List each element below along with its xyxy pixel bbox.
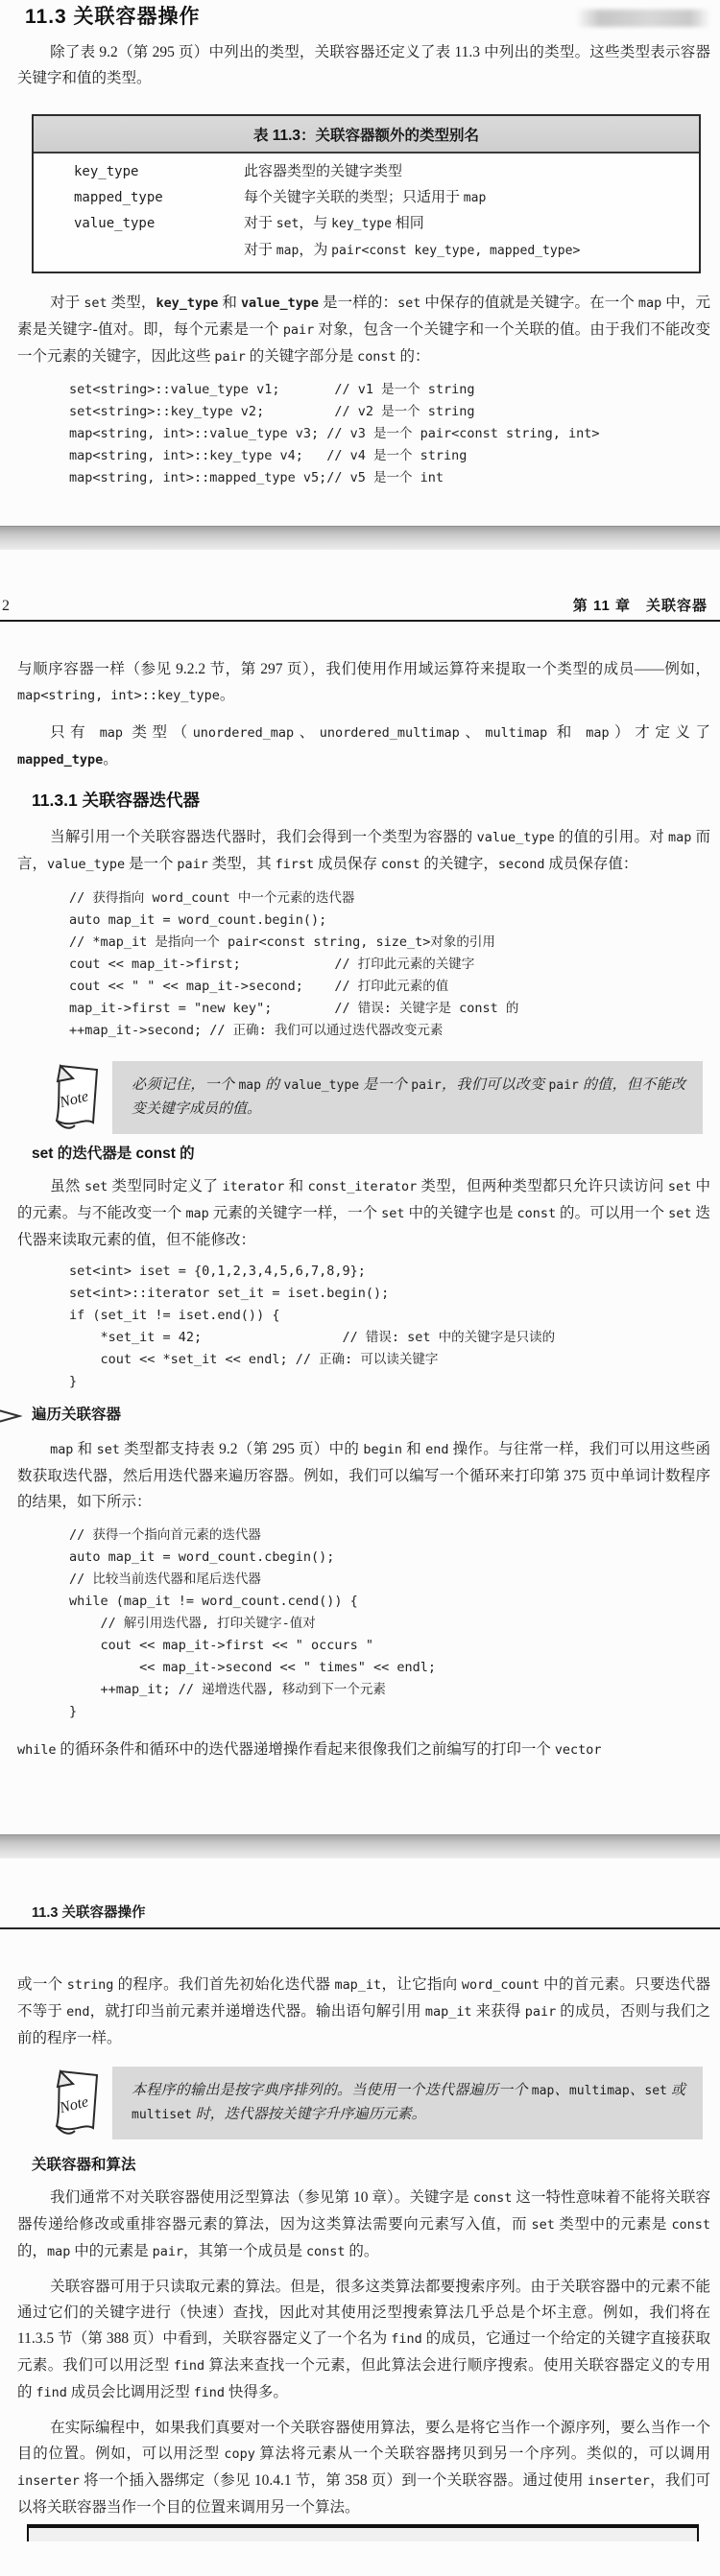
paragraph-begin-end: map 和 set 类型都支持表 9.2（第 295 页）中的 begin 和 …	[17, 1436, 710, 1515]
note-icon: Note	[43, 1061, 103, 1138]
note-icon: Note	[43, 2067, 103, 2143]
book-page-middle: 2 第 11 章 关联容器 与顺序容器一样（参见 9.2.2 节，第 297 页…	[0, 550, 720, 1834]
type-alias-term: key_type	[34, 159, 244, 185]
table-caption: 表 11.3：关联容器额外的类型别名	[34, 116, 699, 154]
page-break	[0, 1834, 720, 1858]
scanned-book-page: { "note_icon_label": "Note", "colors": {…	[0, 0, 720, 2576]
type-alias-desc: 对于 map，为 pair<const key_type, mapped_typ…	[244, 243, 580, 258]
paragraph-mapped-type-only: 只有 map 类型（unordered_map、unordered_multim…	[17, 720, 710, 773]
paragraph-deref-iterator: 当解引用一个关联容器迭代器时，我们会得到一个类型为容器的 value_type …	[17, 824, 710, 878]
paragraph-generic-algorithms: 我们通常不对关联容器使用泛型算法（参见第 10 章）。关键字是 const 这一…	[17, 2185, 710, 2265]
code-block-while-loop: // 获得一个指向首元素的迭代器auto map_it = word_count…	[69, 1524, 710, 1723]
table-row-key-type: key_type此容器类型的关键字类型	[34, 159, 699, 185]
section-title-11-3-1: 11.3.1 关联容器迭代器	[32, 789, 710, 812]
book-page-top: 11.3 关联容器操作 除了表 9.2（第 295 页）中列出的类型，关联容器还…	[0, 0, 720, 526]
paragraph-string-program: 或一个 string 的程序。我们首先初始化迭代器 map_it，让它指向 wo…	[17, 1972, 710, 2051]
table-body: key_type此容器类型的关键字类型 mapped_type每个关键字关联的类…	[34, 154, 699, 272]
note-text: 本程序的输出是按字典序排列的。当使用一个迭代器遍历一个 map、multimap…	[132, 2079, 685, 2127]
note-sorted-output: Note 本程序的输出是按字典序排列的。当使用一个迭代器遍历一个 map、mul…	[43, 2067, 710, 2143]
paragraph-set-key-value: 对于 set 类型，key_type 和 value_type 是一样的：set…	[17, 290, 710, 370]
margin-arrow-icon	[0, 1407, 22, 1425]
chapter-title: 第 11 章 关联容器	[573, 595, 708, 615]
note-box: 本程序的输出是按字典序排列的。当使用一个迭代器遍历一个 map、multimap…	[112, 2067, 703, 2139]
heading-traverse-container: 遍历关联容器	[32, 1405, 710, 1426]
running-header-section: 11.3 关联容器操作	[0, 1902, 720, 1929]
table-row-mapped-type: mapped_type每个关键字关联的类型；只适用于 map	[34, 185, 699, 212]
running-header: 2 第 11 章 关联容器	[0, 595, 720, 622]
paragraph-set-iterator: 虽然 set 类型同时定义了 iterator 和 const_iterator…	[17, 1173, 710, 1253]
paragraph-readonly-algorithms: 关联容器可用于只读取元素的算法。但是，很多这类算法都要搜索序列。由于关联容器中的…	[17, 2274, 710, 2406]
code-block-type-aliases: set<string>::value_type v1; // v1 是一个 st…	[69, 379, 710, 489]
type-alias-term: mapped_type	[34, 185, 244, 211]
book-page-bottom: 11.3 关联容器操作 或一个 string 的程序。我们首先初始化迭代器 ma…	[0, 1858, 720, 2576]
type-alias-desc: 对于 set，与 key_type 相同	[244, 216, 424, 231]
note-text: 必须记住，一个 map 的 value_type 是一个 pair，我们可以改变…	[132, 1074, 685, 1122]
heading-containers-algorithms: 关联容器和算法	[32, 2155, 710, 2176]
table-row-value-type: value_type对于 set，与 key_type 相同	[34, 211, 699, 238]
paragraph-intro: 除了表 9.2（第 295 页）中列出的类型，关联容器还定义了表 11.3 中列…	[17, 39, 710, 91]
type-alias-desc: 每个关键字关联的类型；只适用于 map	[244, 190, 486, 205]
page-break	[0, 526, 720, 550]
note-value-type-pair: Note 必须记住，一个 map 的 value_type 是一个 pair，我…	[43, 1061, 710, 1138]
heading-label: 遍历关联容器	[32, 1406, 121, 1423]
type-alias-desc: 此容器类型的关键字类型	[244, 164, 402, 179]
paragraph-copy-inserter: 在实际编程中，如果我们真要对一个关联容器使用算法，要么是将它当作一个源序列，要么…	[17, 2415, 710, 2520]
type-alias-term: value_type	[34, 211, 244, 237]
scan-artifact	[576, 10, 710, 27]
paragraph-scope-operator: 与顺序容器一样（参见 9.2.2 节，第 297 页），我们使用作用域运算符来提…	[17, 656, 710, 709]
code-block-map-iterator: // 获得指向 word_count 中一个元素的迭代器auto map_it …	[69, 887, 710, 1042]
code-block-set-iterator: set<int> iset = {0,1,2,3,4,5,6,7,8,9};se…	[69, 1261, 710, 1393]
next-table-top-border	[27, 2524, 699, 2541]
page-number: 2	[2, 598, 10, 615]
note-box: 必须记住，一个 map 的 value_type 是一个 pair，我们可以改变…	[112, 1061, 703, 1134]
table-row-value-type-map: 对于 map，为 pair<const key_type, mapped_typ…	[34, 238, 699, 265]
table-11-3: 表 11.3：关联容器额外的类型别名 key_type此容器类型的关键字类型 m…	[32, 114, 701, 273]
paragraph-while-condition: while 的循环条件和循环中的迭代器递增操作看起来很像我们之前编写的打印一个 …	[17, 1737, 710, 1763]
heading-set-iterator-const: set 的迭代器是 const 的	[32, 1144, 710, 1165]
